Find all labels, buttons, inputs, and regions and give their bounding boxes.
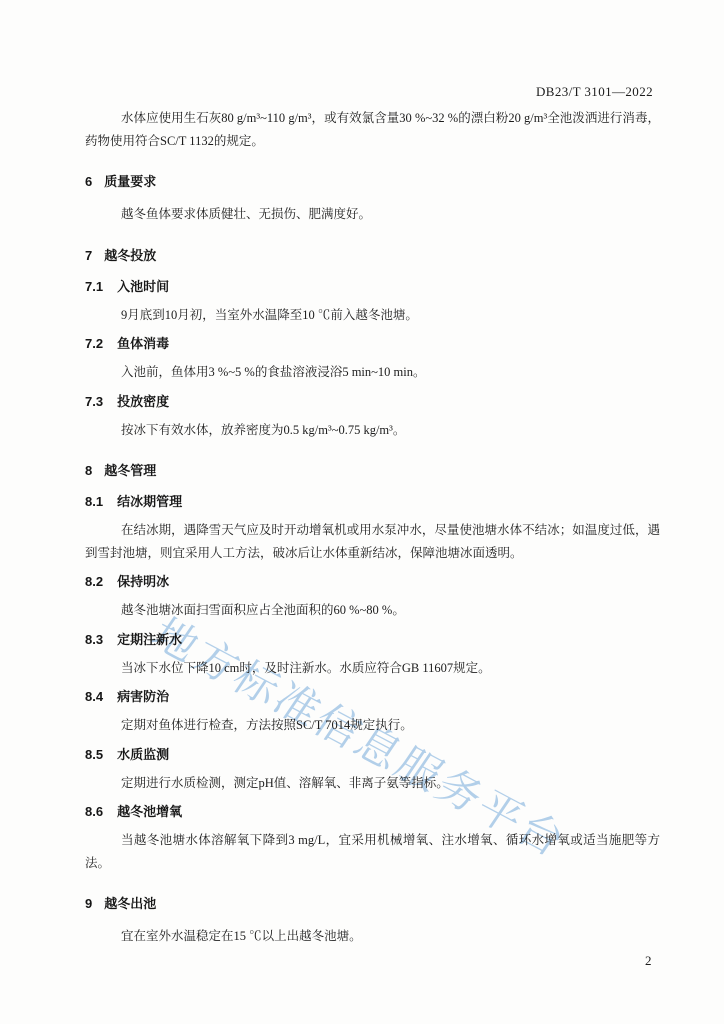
subsection-heading: 8.4病害防治 — [85, 687, 660, 706]
standard-number-header: DB23/T 3101—2022 — [0, 84, 653, 100]
heading-title: 鱼体消毒 — [117, 336, 169, 351]
paragraph: 宜在室外水温稳定在15 ℃以上出越冬池塘。 — [85, 925, 660, 948]
paragraph: 9月底到10月初，当室外水温降至10 ℃前入越冬池塘。 — [85, 304, 660, 327]
heading-number: 8.5 — [85, 745, 103, 764]
document-page: 地方标准信息服务平台 DB23/T 3101—2022 水体应使用生石灰80 g… — [0, 0, 724, 1024]
heading-title: 越冬投放 — [104, 248, 156, 263]
subsection-heading: 7.1入池时间 — [85, 277, 660, 296]
paragraph: 越冬池塘冰面扫雪面积应占全池面积的60 %~80 %。 — [85, 599, 660, 622]
heading-number: 7.2 — [85, 334, 103, 353]
subsection-heading: 7.2鱼体消毒 — [85, 334, 660, 353]
heading-title: 质量要求 — [104, 174, 156, 189]
paragraph: 当越冬池塘水体溶解氧下降到3 mg/L，宜采用机械增氧、注水增氧、循环水增氧或适… — [85, 829, 660, 874]
heading-number: 8 — [85, 461, 92, 480]
heading-number: 8.6 — [85, 802, 103, 821]
section-heading: 8越冬管理 — [85, 461, 660, 480]
subsection-heading: 7.3投放密度 — [85, 392, 660, 411]
heading-number: 6 — [85, 172, 92, 191]
document-body: 水体应使用生石灰80 g/m³~110 g/m³，或有效氯含量30 %~32 %… — [85, 107, 660, 948]
heading-title: 越冬管理 — [104, 463, 156, 478]
page-number: 2 — [645, 953, 652, 969]
heading-title: 病害防治 — [117, 689, 169, 704]
heading-title: 越冬出池 — [104, 896, 156, 911]
paragraph: 在结冰期，遇降雪天气应及时开动增氧机或用水泵冲水，尽量使池塘水体不结冰；如温度过… — [85, 519, 660, 564]
heading-number: 7.3 — [85, 392, 103, 411]
paragraph: 越冬鱼体要求体质健壮、无损伤、肥满度好。 — [85, 203, 660, 226]
subsection-heading: 8.3定期注新水 — [85, 630, 660, 649]
heading-title: 结冰期管理 — [117, 494, 182, 509]
section-heading: 7越冬投放 — [85, 246, 660, 265]
heading-title: 定期注新水 — [117, 632, 182, 647]
paragraph: 水体应使用生石灰80 g/m³~110 g/m³，或有效氯含量30 %~32 %… — [85, 107, 660, 152]
heading-number: 8.2 — [85, 572, 103, 591]
subsection-heading: 8.1结冰期管理 — [85, 492, 660, 511]
subsection-heading: 8.6越冬池增氧 — [85, 802, 660, 821]
heading-title: 入池时间 — [117, 279, 169, 294]
paragraph: 定期对鱼体进行检查，方法按照SC/T 7014规定执行。 — [85, 714, 660, 737]
heading-title: 保持明冰 — [117, 574, 169, 589]
heading-title: 越冬池增氧 — [117, 804, 182, 819]
heading-number: 7 — [85, 246, 92, 265]
paragraph: 当冰下水位下降10 cm时，及时注新水。水质应符合GB 11607规定。 — [85, 657, 660, 680]
heading-number: 9 — [85, 894, 92, 913]
paragraph: 入池前，鱼体用3 %~5 %的食盐溶液浸浴5 min~10 min。 — [85, 361, 660, 384]
paragraph: 定期进行水质检测，测定pH值、溶解氧、非离子氨等指标。 — [85, 772, 660, 795]
heading-title: 投放密度 — [117, 394, 169, 409]
paragraph: 按冰下有效水体，放养密度为0.5 kg/m³~0.75 kg/m³。 — [85, 419, 660, 442]
heading-number: 8.4 — [85, 687, 103, 706]
section-heading: 9越冬出池 — [85, 894, 660, 913]
heading-number: 8.3 — [85, 630, 103, 649]
heading-number: 7.1 — [85, 277, 103, 296]
heading-number: 8.1 — [85, 492, 103, 511]
subsection-heading: 8.5水质监测 — [85, 745, 660, 764]
heading-title: 水质监测 — [117, 747, 169, 762]
subsection-heading: 8.2保持明冰 — [85, 572, 660, 591]
section-heading: 6质量要求 — [85, 172, 660, 191]
